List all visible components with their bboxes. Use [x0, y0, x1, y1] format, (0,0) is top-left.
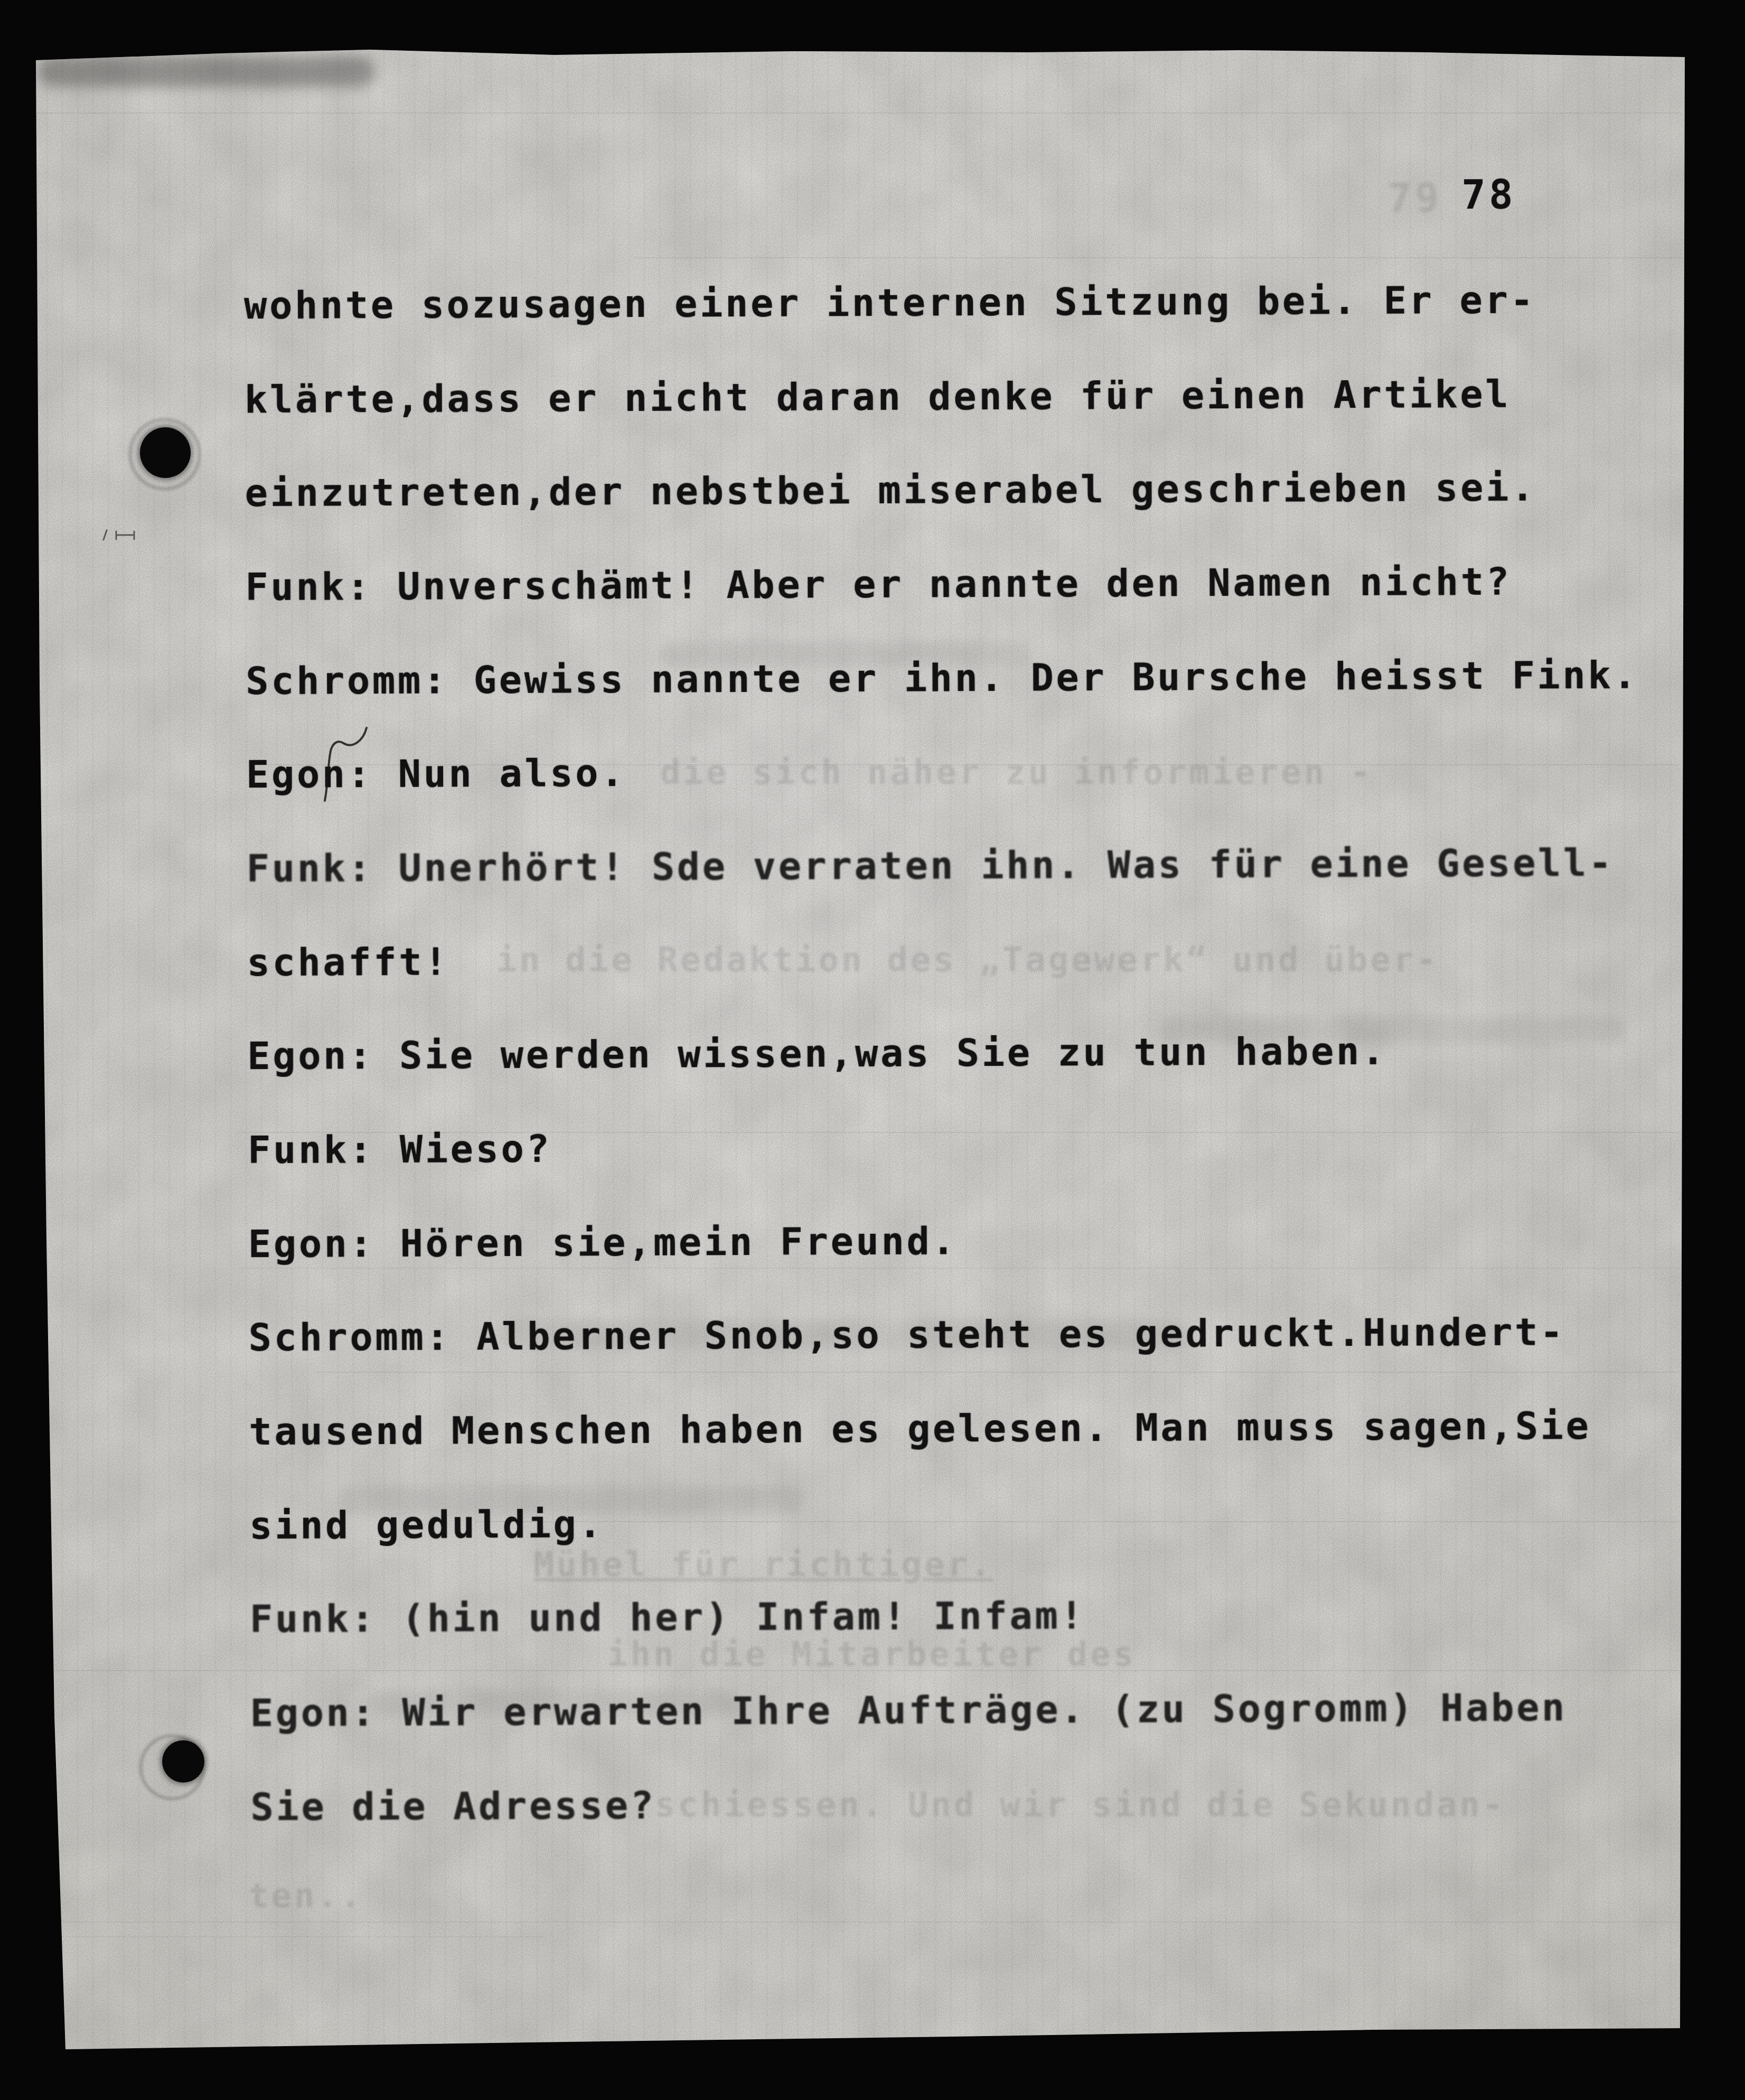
scan-background: { "page": { "background_color": "#060606… [0, 0, 1745, 2100]
typed-line: wohnte sozusagen einer internen Sitzung … [244, 280, 1536, 324]
typed-line: Egon: Wir erwarten Ihre Aufträge. (zu So… [250, 1688, 1568, 1732]
typed-line: tausend Menschen haben es gelesen. Man m… [249, 1407, 1591, 1450]
hole-punch-bottom [162, 1740, 204, 1783]
typed-line: sind geduldig. [249, 1505, 604, 1544]
typed-text-block: 79 78 wohnte sozusagen einer internen Si… [0, 0, 1745, 2100]
page-number: 78 [1461, 175, 1516, 215]
ghost-page-number: 79 [1387, 178, 1442, 218]
typed-line: Schromm: Gewiss nannte er ihn. Der Bursc… [246, 656, 1638, 700]
typed-line: Sie die Adresse? [250, 1786, 655, 1826]
typed-line: Egon: Hören sie,mein Freund. [248, 1222, 958, 1263]
typed-line: Egon: Nun also. [246, 754, 626, 793]
typed-line: Schromm: Alberner Snob,so steht es gedru… [248, 1312, 1565, 1356]
typed-line: einzutreten,der nebstbei miserabel gesch… [245, 468, 1536, 512]
typed-line: Funk: Wieso? [248, 1130, 552, 1169]
typed-line: Funk: Unerhört! Sde verraten ihn. Was fü… [247, 843, 1614, 887]
paper: die sich näher zu informieren - in die R… [0, 0, 1745, 2100]
typed-line: Funk: Unverschämt! Aber er nannte den Na… [245, 562, 1512, 606]
typed-line: Egon: Sie werden wissen,was Sie zu tun h… [247, 1032, 1387, 1075]
typed-line: klärte,dass er nicht daran denke für ein… [245, 375, 1511, 418]
typed-line: Funk: (hin und her) Infam! Infam! [250, 1596, 1086, 1638]
typed-line: schafft! [247, 942, 449, 981]
hole-punch-top [140, 427, 191, 478]
